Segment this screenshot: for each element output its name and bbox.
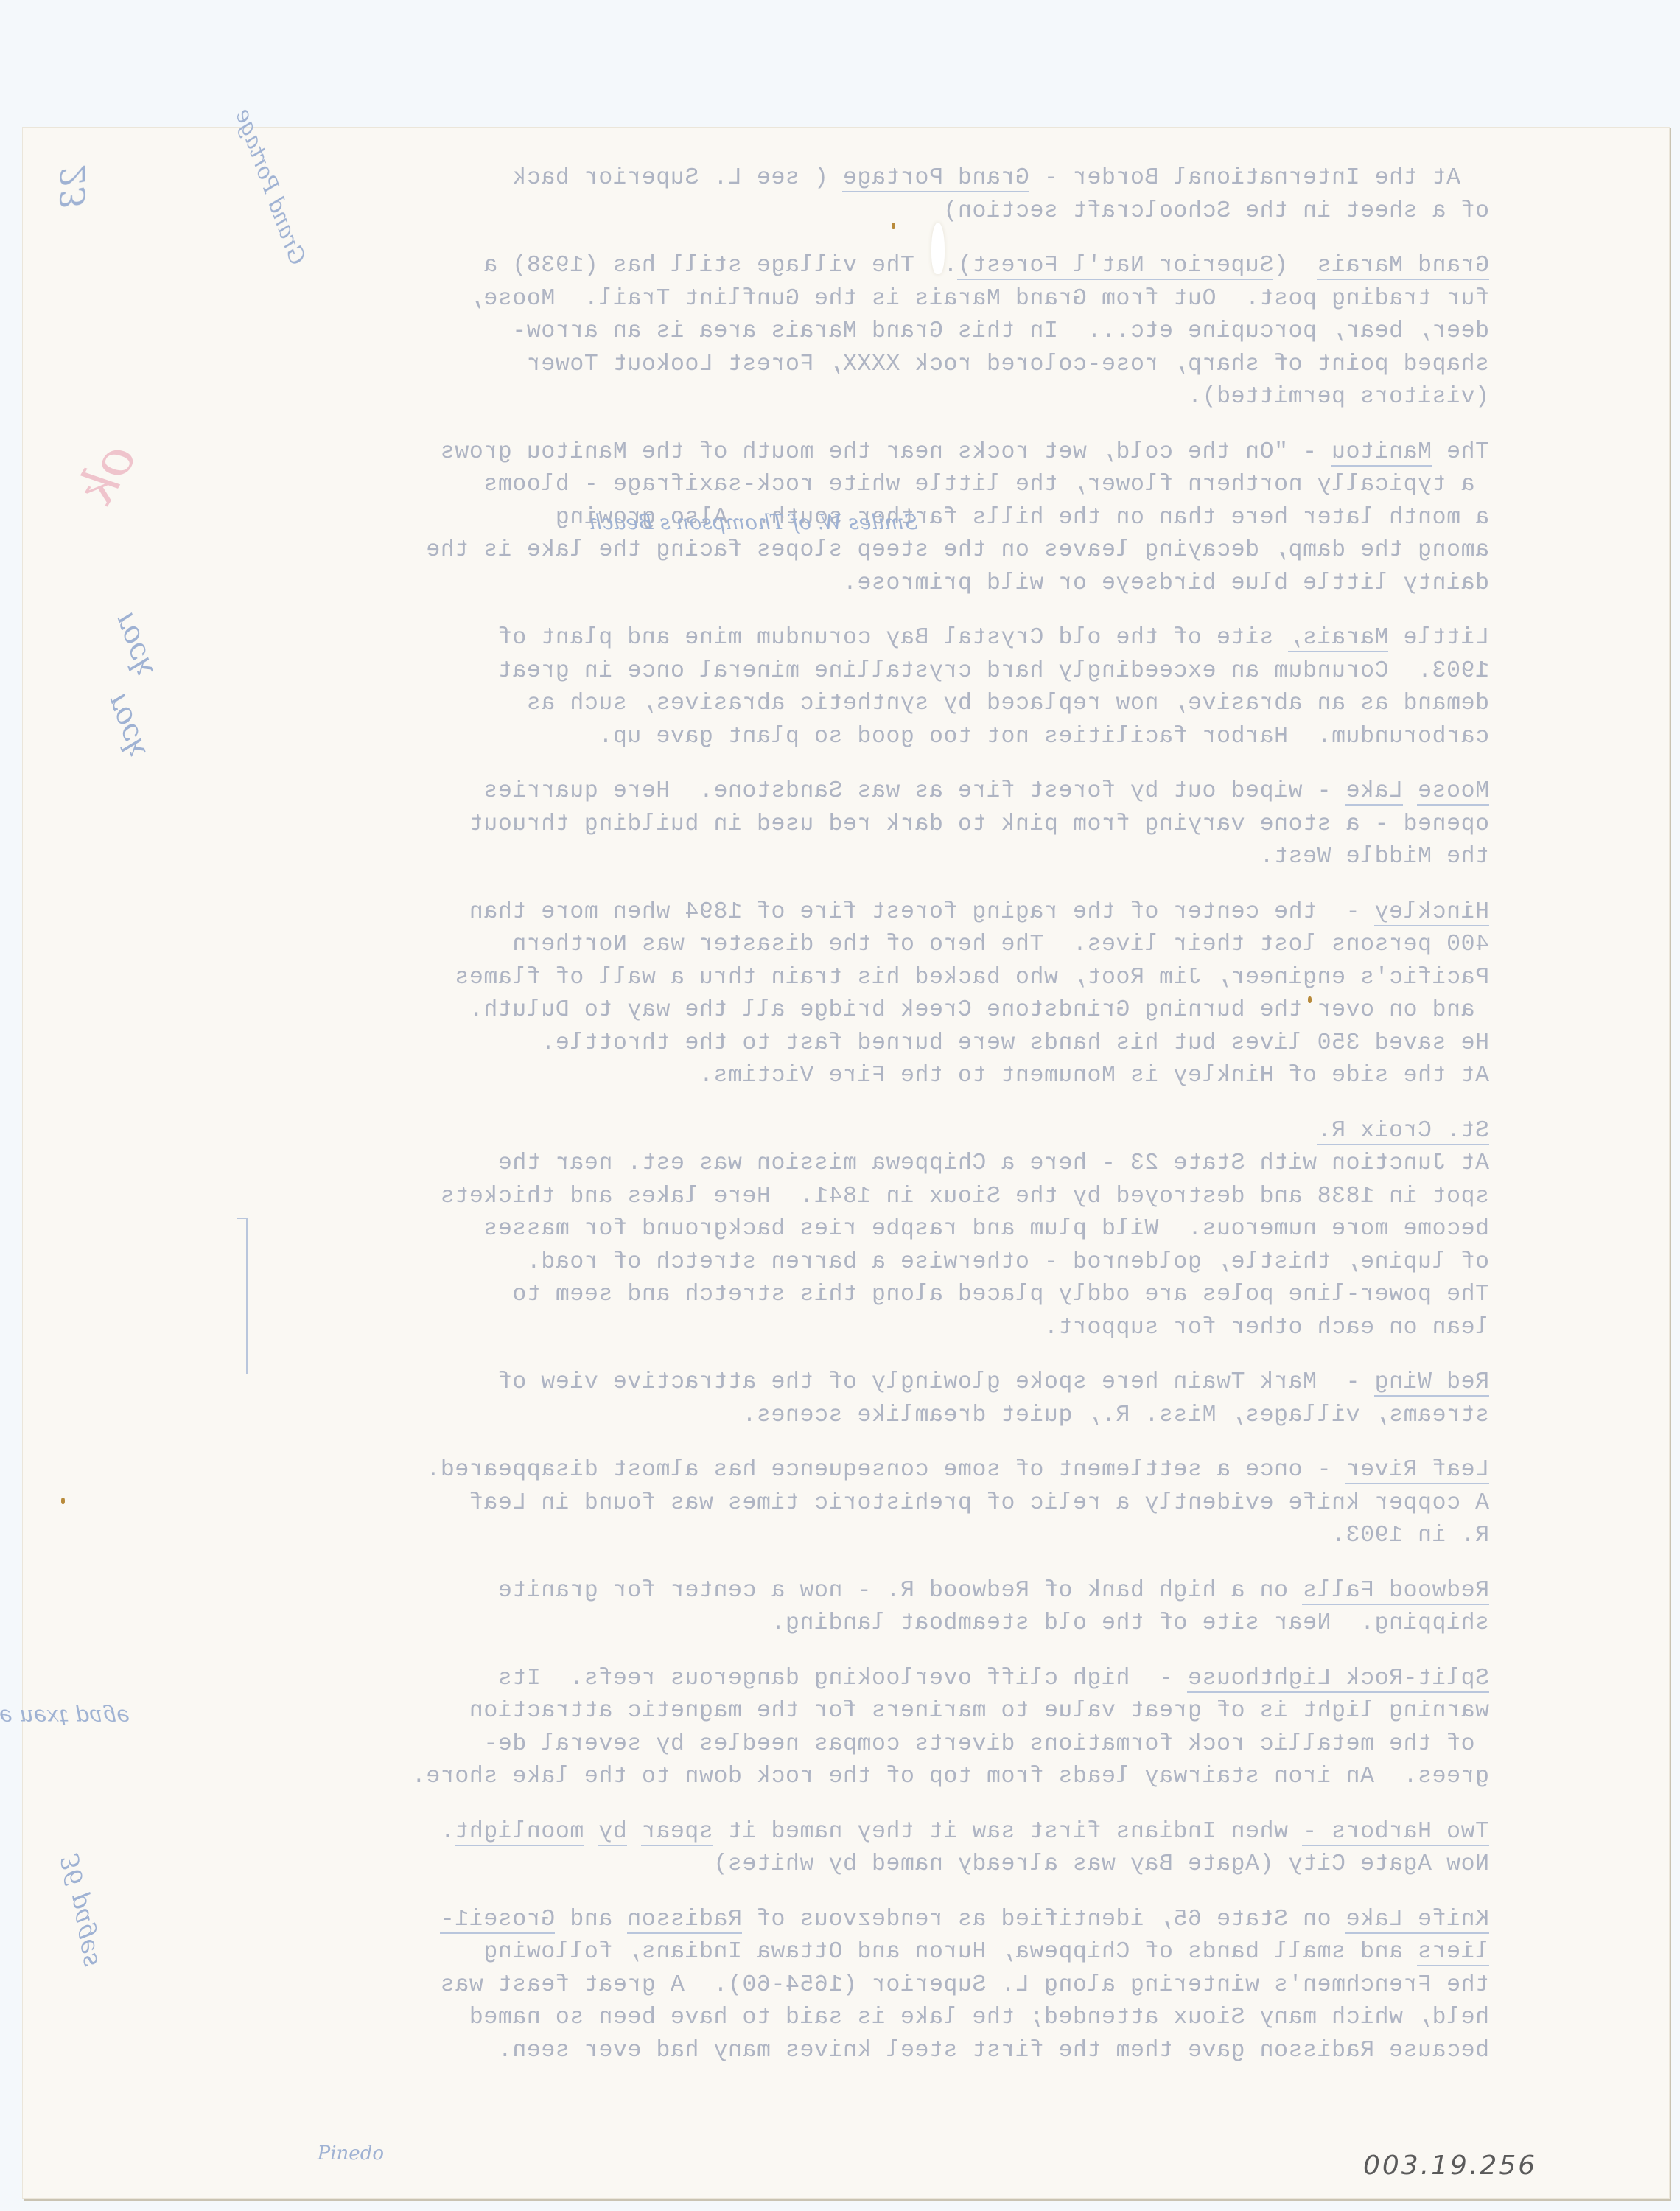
- underlined-place-name: liers: [1417, 1939, 1489, 1966]
- typed-paragraph: Grand Marais (Superior Nat'l Forest). Th…: [340, 250, 1489, 414]
- underlined-place-name: Redwood Falls: [1302, 1578, 1489, 1605]
- typed-paragraph: Leaf River - once a settlement of some c…: [340, 1454, 1489, 1553]
- typed-line: among the damp, decaying leaves on the s…: [340, 534, 1489, 567]
- underlined-place-name: Radisson: [627, 1907, 742, 1934]
- typed-line: R. in 1903.: [340, 1520, 1489, 1553]
- underlined-place-name: Leaf River: [1345, 1457, 1489, 1484]
- underlined-place-name: St. Croix R.: [1317, 1118, 1489, 1145]
- margin-note-thompsons-beach: Smiles W. of Thompson's Beach: [589, 510, 918, 534]
- typed-line: 400 persons lost their lives. The hero o…: [340, 929, 1489, 962]
- underlined-place-name: Moose: [1417, 778, 1489, 806]
- typed-line: the Middle West.: [340, 841, 1489, 874]
- margin-note-see-next-page: see next page: [0, 1704, 130, 1730]
- typed-paragraph: Two Harbors - when Indians first saw it …: [340, 1816, 1489, 1882]
- underlined-place-name: Lake: [1345, 778, 1403, 806]
- typed-line: liers and small bands of Chippewa, Huron…: [340, 1936, 1489, 1969]
- underlined-place-name: moonlight: [455, 1819, 584, 1846]
- typed-paragraph: Split-Rock Lighthouse - high cliff overl…: [340, 1663, 1489, 1794]
- typed-text: A copper knife evidently a relic of preh…: [469, 1490, 1489, 1516]
- margin-note-grand-portage: Grand Portage: [230, 105, 310, 268]
- typed-text: - the center of the raging forest fire o…: [469, 899, 1374, 925]
- typed-line: Grand Marais (Superior Nat'l Forest). Th…: [340, 250, 1489, 283]
- typed-line: dainty little blue birdseye or wild prim…: [340, 567, 1489, 601]
- typed-text: (: [1273, 253, 1317, 279]
- typed-text: At the International Border -: [1029, 165, 1489, 191]
- typed-line: Leaf River - once a settlement of some c…: [340, 1454, 1489, 1487]
- typed-line: The Manitou - "On the cold, wet rocks ne…: [340, 436, 1489, 469]
- typed-text: [584, 1819, 598, 1845]
- paper-stain: [1308, 996, 1312, 1003]
- typed-line: Hinckley - the center of the raging fore…: [340, 896, 1489, 929]
- typed-text: Now Agate City (Agate Bay was already na…: [713, 1851, 1489, 1877]
- typed-line: Now Agate City (Agate Bay was already na…: [340, 1848, 1489, 1882]
- typed-line: of the metallic rock formations diverts …: [340, 1728, 1489, 1761]
- typed-line: shipping. Near site of the old steamboat…: [340, 1607, 1489, 1641]
- typed-line: grees. An iron stairway leads from top o…: [340, 1761, 1489, 1794]
- underlined-place-name: Hinckley: [1374, 899, 1489, 926]
- st-croix-bracket: [237, 1218, 248, 1374]
- typed-text: dainty little blue birdseye or wild prim…: [842, 570, 1489, 596]
- typed-text: lean on each other for support.: [1043, 1315, 1489, 1341]
- typed-line: Moose Lake - wiped out by forest fire as…: [340, 775, 1489, 808]
- typed-text: [627, 1819, 642, 1845]
- page-number-annotation: 23: [53, 166, 93, 209]
- underlined-place-name: spear: [641, 1819, 713, 1846]
- typed-line: Two Harbors - when Indians first saw it …: [340, 1816, 1489, 1849]
- typed-line: a typically northern flower, the little …: [340, 469, 1489, 502]
- typed-paragraph: Little Marais, site of the old Crystal B…: [340, 622, 1489, 753]
- typed-text: among the damp, decaying leaves on the s…: [426, 537, 1489, 563]
- typed-text: . The village still has (1938) a: [483, 253, 958, 279]
- typed-line: (visitors permitted).: [340, 381, 1489, 414]
- typed-line: shaped point of sharp, rose-colored rock…: [340, 349, 1489, 382]
- typed-line: demand as an abrasive, now replaced by s…: [340, 688, 1489, 721]
- typed-text: spot in 1838 and destroyed by the Sioux …: [440, 1184, 1489, 1209]
- typed-text: because Radisson gave them the first ste…: [497, 2038, 1489, 2064]
- typed-line: He saved 350 lives but his hands were bu…: [340, 1027, 1489, 1061]
- typed-text: He saved 350 lives but his hands were bu…: [541, 1030, 1489, 1056]
- typed-text: 400 persons lost their lives. The hero o…: [512, 932, 1489, 957]
- typed-text: The power-line poles are oddly placed al…: [512, 1282, 1489, 1307]
- typed-paragraph: Moose Lake - wiped out by forest fire as…: [340, 775, 1489, 874]
- typed-text: - high cliff overlooking dangerous reefs…: [497, 1666, 1187, 1691]
- typed-text: the Frenchmen's wintering along L. Super…: [440, 1972, 1489, 1998]
- typed-text: - wiped out by forest fire as was Sandst…: [483, 778, 1345, 804]
- typed-line: St. Croix R.: [340, 1115, 1489, 1148]
- typed-text: shipping. Near site of the old steamboat…: [771, 1610, 1489, 1636]
- typed-paragraph: Redwood Falls on a high bank of Redwood …: [340, 1575, 1489, 1641]
- typed-line: Knife Lake on State 65, identified as re…: [340, 1904, 1489, 1937]
- typed-text: - Mark Twain here spoke glowingly of the…: [497, 1369, 1374, 1395]
- check-mark-rock-2: rock: [99, 689, 153, 763]
- typed-text: a typically northern flower, the little …: [483, 472, 1489, 497]
- typed-text: (visitors permitted).: [1187, 384, 1489, 410]
- typed-text: At Junction with State 23 - here a Chipp…: [497, 1150, 1489, 1176]
- typed-text: Little: [1388, 625, 1489, 651]
- underlined-place-name: Superior Nat'l Forest): [957, 253, 1273, 280]
- typed-line: the Frenchmen's wintering along L. Super…: [340, 1969, 1489, 2002]
- bottom-scrawl: Pinedo: [318, 2142, 384, 2165]
- typed-text: demand as an abrasive, now replaced by s…: [526, 691, 1489, 716]
- typed-line: Little Marais, site of the old Crystal B…: [340, 622, 1489, 655]
- typed-line: At Junction with State 23 - here a Chipp…: [340, 1148, 1489, 1181]
- typed-line: and on over the burning Grindstone Creek…: [340, 994, 1489, 1027]
- typed-text: The: [1432, 439, 1489, 465]
- typed-text: the Middle West.: [1259, 844, 1489, 870]
- underlined-place-name: Grand Portage: [842, 165, 1029, 192]
- typed-line: At the International Border - Grand Port…: [340, 162, 1489, 195]
- typed-line: Red Wing - Mark Twain here spoke glowing…: [340, 1366, 1489, 1400]
- typed-line: deer, bear, porcupine etc... In this Gra…: [340, 315, 1489, 349]
- underlined-place-name: Manitou: [1331, 439, 1432, 467]
- typed-text: and: [555, 1907, 627, 1932]
- mirrored-content: At the International Border - Grand Port…: [22, 127, 1670, 2199]
- typed-line: of a sheet in the Schoolcraft section): [340, 195, 1489, 228]
- underlined-place-name: Grosei1-: [440, 1907, 555, 1934]
- paper-stain: [61, 1498, 65, 1504]
- typed-paragraph: Red Wing - Mark Twain here spoke glowing…: [340, 1366, 1489, 1432]
- check-mark-rock-1: rock: [106, 608, 161, 682]
- typed-line: A copper knife evidently a relic of preh…: [340, 1487, 1489, 1520]
- typed-line: Pacific's engineer, Jim Root, who backed…: [340, 962, 1489, 995]
- typed-line: fur trading post. Out from Grand Marais …: [340, 283, 1489, 316]
- typed-line: Split-Rock Lighthouse - high cliff overl…: [340, 1663, 1489, 1696]
- typed-text: warning light is of great value to marin…: [469, 1698, 1489, 1724]
- underlined-place-name: Grand Marais: [1317, 253, 1489, 280]
- typed-text: - once a settlement of some consequence …: [426, 1457, 1345, 1483]
- typed-text: when Indians first saw it they named it: [713, 1819, 1303, 1845]
- typed-text: on State 65, identified as rendezvous of: [742, 1907, 1345, 1932]
- underlined-place-name: Knife Lake: [1345, 1907, 1489, 1934]
- typed-paragraph: At the International Border - Grand Port…: [340, 162, 1489, 228]
- typed-line: become more numerous. Wild plum and rasp…: [340, 1213, 1489, 1246]
- typed-text: of lupine, thistle, goldenrod - otherwis…: [526, 1249, 1489, 1275]
- typed-line: warning light is of great value to marin…: [340, 1695, 1489, 1728]
- typed-line: 1903. Corundum an exceedingly hard cryst…: [340, 655, 1489, 688]
- typed-text: At the side of Hinkley is Monument to th…: [699, 1063, 1489, 1089]
- underlined-place-name: by: [598, 1819, 627, 1846]
- accession-number: 003.19.256: [1363, 2151, 1537, 2181]
- typed-text: site of the old Crystal Bay corundum min…: [497, 625, 1288, 651]
- typed-text: and small bands of Chippewa, Huron and O…: [483, 1939, 1418, 1965]
- typed-text: streams, villages, Miss. R., quiet dream…: [742, 1403, 1489, 1428]
- typed-paragraph: Knife Lake on State 65, identified as re…: [340, 1904, 1489, 2068]
- typed-text: Pacific's engineer, Jim Root, who backed…: [455, 965, 1489, 991]
- typed-text: ( see L. Superior back: [512, 165, 843, 191]
- pink-margin-note: ok: [64, 432, 147, 516]
- typed-line: lean on each other for support.: [340, 1312, 1489, 1345]
- typed-line: At the side of Hinkley is Monument to th…: [340, 1060, 1489, 1093]
- typed-line: of lupine, thistle, goldenrod - otherwis…: [340, 1246, 1489, 1279]
- typed-text: of a sheet in the Schoolcraft section): [943, 198, 1489, 224]
- typed-text: and on over the burning Grindstone Creek…: [469, 997, 1489, 1023]
- typed-line: streams, villages, Miss. R., quiet dream…: [340, 1400, 1489, 1433]
- typed-text: 1903. Corundum an exceedingly hard cryst…: [497, 658, 1489, 684]
- paper-stain: [892, 223, 895, 229]
- typed-line: Redwood Falls on a high bank of Redwood …: [340, 1575, 1489, 1608]
- document-sheet: At the International Border - Grand Port…: [22, 127, 1670, 2199]
- typed-text: become more numerous. Wild plum and rasp…: [483, 1216, 1489, 1242]
- typed-text: opened - a stone varying from pink to da…: [469, 811, 1489, 837]
- underlined-place-name: Red Wing: [1374, 1369, 1489, 1397]
- typed-text: shaped point of sharp, rose-colored rock…: [526, 352, 1489, 377]
- typed-line: The power-line poles are oddly placed al…: [340, 1279, 1489, 1312]
- typed-line: spot in 1838 and destroyed by the Sioux …: [340, 1181, 1489, 1214]
- typed-text: deer, bear, porcupine etc... In this Gra…: [512, 318, 1489, 344]
- typed-text: on a high bank of Redwood R. - now a cen…: [497, 1578, 1302, 1604]
- typed-text: of the metallic rock formations diverts …: [483, 1731, 1489, 1757]
- typed-text: carborundum. Harbor facilities not too g…: [598, 724, 1489, 750]
- typed-line: because Radisson gave them the first ste…: [340, 2035, 1489, 2068]
- underlined-place-name: Two Harbors -: [1302, 1819, 1489, 1846]
- typed-line: opened - a stone varying from pink to da…: [340, 808, 1489, 842]
- typed-text: fur trading post. Out from Grand Marais …: [469, 286, 1489, 312]
- typed-text: .: [440, 1819, 455, 1845]
- underlined-place-name: Marais,: [1288, 625, 1389, 652]
- typed-paragraph: Hinckley - the center of the raging fore…: [340, 896, 1489, 1093]
- typed-text: [1403, 778, 1418, 804]
- typed-text: - "On the cold, wet rocks near the mouth…: [440, 439, 1331, 465]
- typed-line: carborundum. Harbor facilities not too g…: [340, 721, 1489, 754]
- underlined-place-name: Split-Rock Lighthouse: [1187, 1666, 1489, 1693]
- typed-text: grees. An iron stairway leads from top o…: [411, 1764, 1489, 1789]
- typed-paragraph: St. Croix R.At Junction with State 23 - …: [340, 1115, 1489, 1345]
- typed-line: held, which many Sioux attended; the lak…: [340, 2002, 1489, 2035]
- typed-text: R. in 1903.: [1331, 1523, 1489, 1548]
- typed-text-body: At the International Border - Grand Port…: [340, 162, 1489, 2089]
- margin-note-pages: 36 pages: [55, 1851, 104, 1969]
- typed-text: held, which many Sioux attended; the lak…: [469, 2005, 1489, 2030]
